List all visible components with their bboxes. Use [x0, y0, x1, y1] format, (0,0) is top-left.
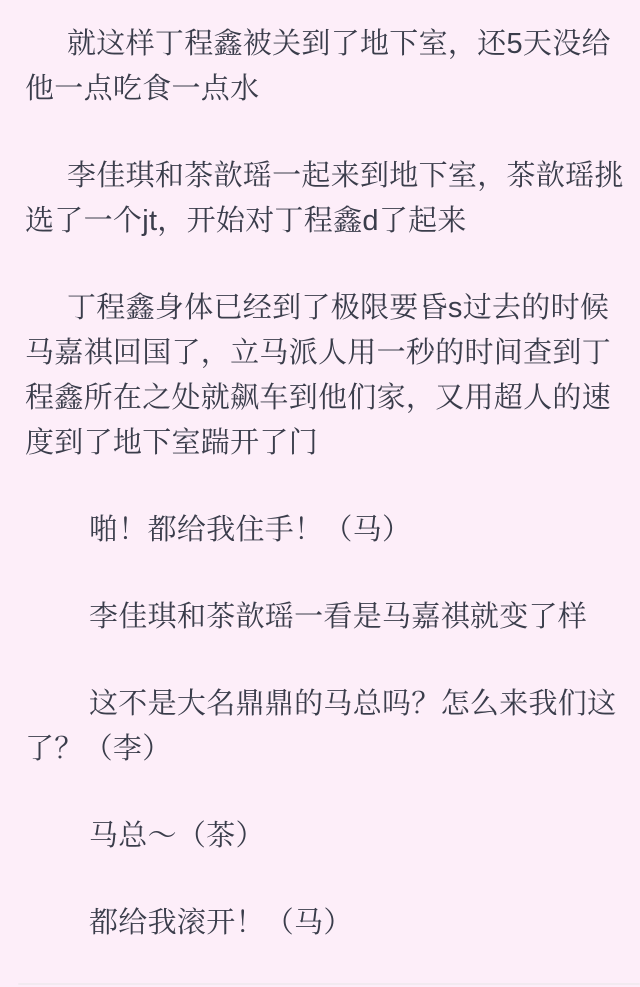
story-line: 度到了地下室踹开了门: [25, 421, 618, 466]
story-line: 这不是大名鼎鼎的马总吗？怎么来我们这: [25, 682, 618, 727]
story-line: 啪！都给我住手！（马）: [25, 508, 618, 553]
story-paragraph: 都给我滚开！（马）: [25, 901, 618, 946]
story-line: 马总～（茶）: [25, 814, 618, 859]
story-line: 了？（李）: [25, 727, 618, 772]
story-paragraph: 丁程鑫身体已经到了极限要昏s过去的时候马嘉祺回国了，立马派人用一秒的时间查到丁程…: [25, 286, 618, 466]
story-line: 马嘉祺回国了，立马派人用一秒的时间查到丁: [25, 331, 618, 376]
story-line: 丁程鑫身体已经到了极限要昏s过去的时候: [25, 286, 618, 331]
story-paragraph: 啪！都给我住手！（马）: [25, 508, 618, 553]
story-line: 他一点吃食一点水: [25, 67, 618, 112]
story-text-container: 就这样丁程鑫被关到了地下室，还5天没给他一点吃食一点水李佳琪和茶歆瑶一起来到地下…: [0, 0, 640, 946]
story-line: 李佳琪和茶歆瑶一起来到地下室，茶歆瑶挑: [25, 154, 618, 199]
story-paragraph: 李佳琪和茶歆瑶一看是马嘉祺就变了样: [25, 595, 618, 640]
story-line: 都给我滚开！（马）: [25, 901, 618, 946]
story-paragraph: 李佳琪和茶歆瑶一起来到地下室，茶歆瑶挑选了一个jt，开始对丁程鑫d了起来: [25, 154, 618, 244]
story-line: 就这样丁程鑫被关到了地下室，还5天没给: [25, 22, 618, 67]
story-line: 李佳琪和茶歆瑶一看是马嘉祺就变了样: [25, 595, 618, 640]
story-paragraph: 就这样丁程鑫被关到了地下室，还5天没给他一点吃食一点水: [25, 22, 618, 112]
bottom-divider: [18, 983, 640, 985]
story-paragraph: 马总～（茶）: [25, 814, 618, 859]
story-paragraph: 这不是大名鼎鼎的马总吗？怎么来我们这了？（李）: [25, 682, 618, 772]
story-page: 就这样丁程鑫被关到了地下室，还5天没给他一点吃食一点水李佳琪和茶歆瑶一起来到地下…: [0, 0, 640, 987]
story-line: 程鑫所在之处就飙车到他们家，又用超人的速: [25, 376, 618, 421]
story-line: 选了一个jt，开始对丁程鑫d了起来: [25, 199, 618, 244]
